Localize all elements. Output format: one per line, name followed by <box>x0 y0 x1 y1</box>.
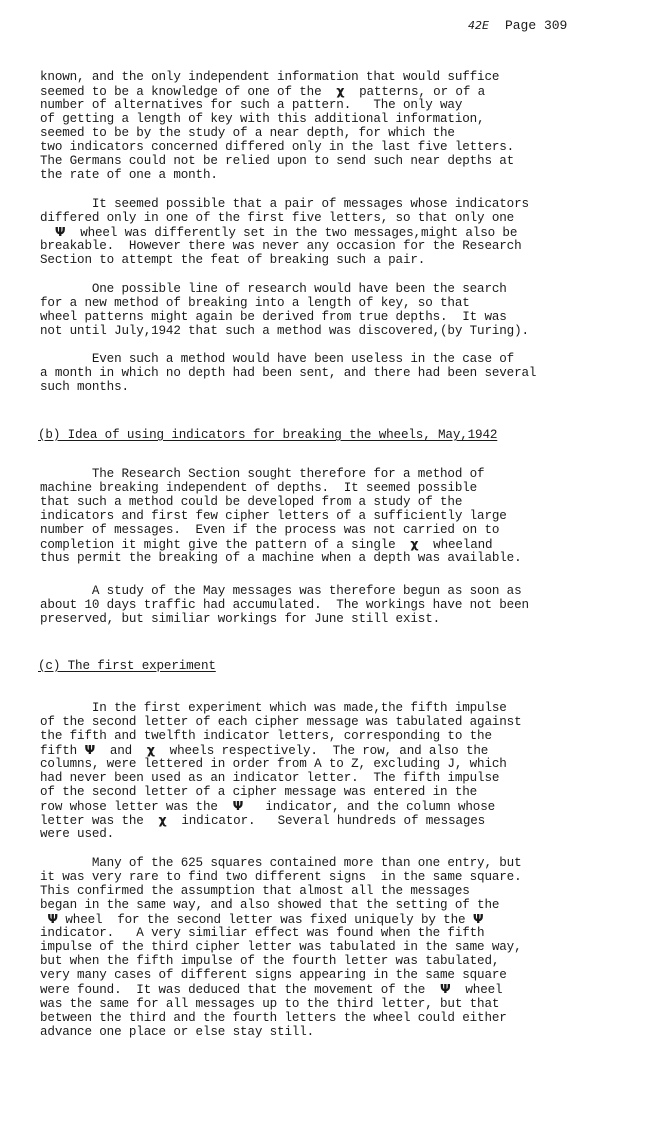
text-line: Section to attempt the feat of breaking … <box>40 253 425 267</box>
text-line: about 10 days traffic had accumulated. T… <box>40 598 529 612</box>
text-line: had never been used as an indicator lett… <box>40 771 499 785</box>
text-line: for a new method of breaking into a leng… <box>40 296 470 310</box>
text-line: Many of the 625 squares contained more t… <box>40 856 522 870</box>
text-line: The Germans could not be relied upon to … <box>40 154 514 168</box>
text-line: seemed to be a knowledge of one of the χ… <box>40 84 485 99</box>
psi-wheel-symbol: Ψ <box>55 224 66 239</box>
text-line: wheel patterns might again be derived fr… <box>40 310 507 324</box>
page-header: 42EPage 309 <box>468 18 567 33</box>
text-line: columns, were lettered in order from A t… <box>40 757 507 771</box>
text-line: were found. It was deduced that the move… <box>40 982 502 997</box>
text-line: such months. <box>40 380 129 394</box>
text-line: advance one place or else stay still. <box>40 1025 314 1039</box>
text-line: differed only in one of the first five l… <box>40 211 514 225</box>
text-line: letter was the χ indicator. Several hund… <box>40 813 485 828</box>
text-line: the rate of one a month. <box>40 168 218 182</box>
text-line: seemed to be by the study of a near dept… <box>40 126 455 140</box>
text-line: impulse of the third cipher letter was t… <box>40 940 522 954</box>
text-line: it was very rare to find two different s… <box>40 870 522 884</box>
text-line: indicator. A very similiar effect was fo… <box>40 926 484 940</box>
text-line: number of alternatives for such a patter… <box>40 98 462 112</box>
section-heading: (c) The first experiment <box>38 659 216 673</box>
text-line: between the third and the fourth letters… <box>40 1011 507 1025</box>
text-line: The Research Section sought therefore fo… <box>40 467 484 481</box>
text-line: that such a method could be developed fr… <box>40 495 462 509</box>
text-line: Ψ wheel for the second letter was fixed … <box>40 912 483 927</box>
psi-wheel-symbol: Ψ <box>84 742 95 757</box>
psi-wheel-symbol: Ψ <box>440 981 451 996</box>
section-heading: (b) Idea of using indicators for breakin… <box>38 428 497 442</box>
document-page: 42EPage 309 known, and the only independ… <box>0 0 650 1121</box>
text-line: thus permit the breaking of a machine wh… <box>40 551 522 565</box>
text-line: but when the fifth impulse of the fourth… <box>40 954 499 968</box>
page-number: Page 309 <box>505 18 567 33</box>
text-line: two indicators concerned differed only i… <box>40 140 514 154</box>
document-reference: 42E <box>468 19 489 32</box>
text-line: A study of the May messages was therefor… <box>40 584 522 598</box>
text-line: began in the same way, and also showed t… <box>40 898 499 912</box>
text-line: It seemed possible that a pair of messag… <box>40 197 529 211</box>
chi-wheel-symbol: χ <box>147 742 155 757</box>
text-line: of getting a length of key with this add… <box>40 112 484 126</box>
text-line: In the first experiment which was made,t… <box>40 701 507 715</box>
text-line: preserved, but similiar workings for Jun… <box>40 612 440 626</box>
psi-wheel-symbol: Ψ <box>47 911 58 926</box>
text-line: fifth Ψ and χ wheels respectively. The r… <box>40 743 488 758</box>
text-line: a month in which no depth had been sent,… <box>40 366 536 380</box>
text-line: number of messages. Even if the process … <box>40 523 499 537</box>
text-line: not until July,1942 that such a method w… <box>40 324 529 338</box>
text-line: completion it might give the pattern of … <box>40 537 492 552</box>
text-line: were used. <box>40 827 114 841</box>
text-line: known, and the only independent informat… <box>40 70 499 84</box>
text-line: One possible line of research would have… <box>40 282 507 296</box>
chi-wheel-symbol: χ <box>410 536 418 551</box>
psi-wheel-symbol: Ψ <box>233 798 244 813</box>
text-line: of the second letter of a cipher message… <box>40 785 477 799</box>
text-line: the fifth and twelfth indicator letters,… <box>40 729 492 743</box>
text-line: machine breaking independent of depths. … <box>40 481 477 495</box>
text-line: was the same for all messages up to the … <box>40 997 499 1011</box>
text-line: of the second letter of each cipher mess… <box>40 715 522 729</box>
text-line: row whose letter was the Ψ indicator, an… <box>40 799 495 814</box>
text-line: breakable. However there was never any o… <box>40 239 522 253</box>
text-line: Even such a method would have been usele… <box>40 352 514 366</box>
text-line: This confirmed the assumption that almos… <box>40 884 470 898</box>
text-line: indicators and first few cipher letters … <box>40 509 507 523</box>
chi-wheel-symbol: χ <box>336 83 344 98</box>
psi-wheel-symbol: Ψ <box>473 911 484 926</box>
text-line: Ψ wheel was differently set in the two m… <box>40 225 517 240</box>
text-line: very many cases of different signs appea… <box>40 968 507 982</box>
chi-wheel-symbol: χ <box>159 812 167 827</box>
